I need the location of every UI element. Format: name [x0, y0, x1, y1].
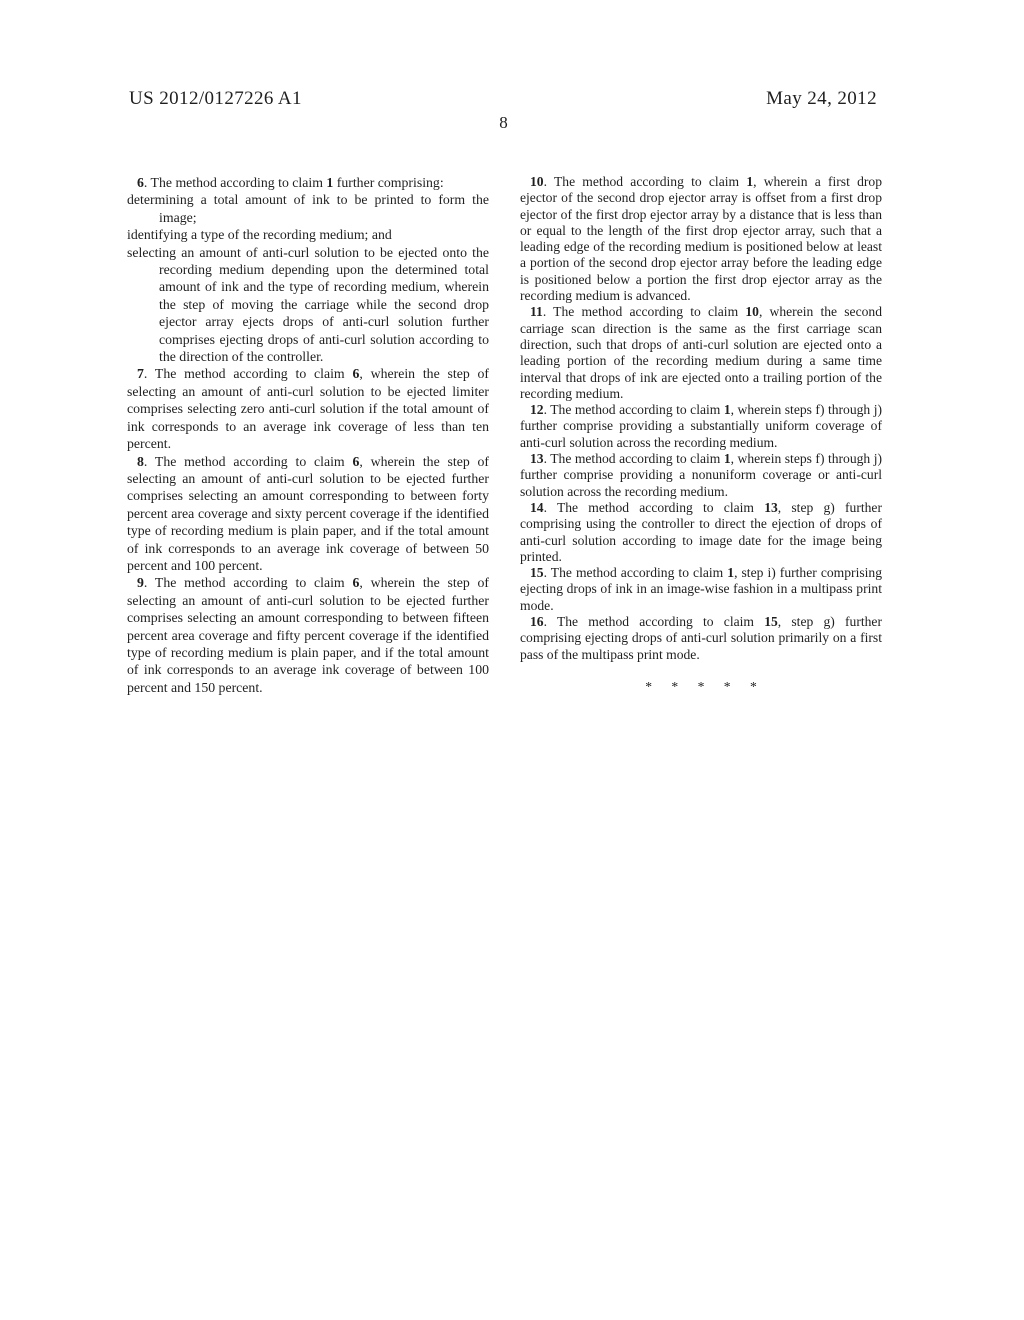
claim-6-paragraph: identifying a type of the recording medi… [127, 226, 489, 243]
claim-text: . The method according to claim [544, 451, 724, 466]
claim-text: . The method according to claim [544, 500, 765, 515]
claim-text: determining a total amount of ink to be … [127, 192, 489, 224]
claim-number-bold: 11 [530, 304, 543, 319]
claim-text: . The method according to claim [144, 175, 327, 190]
claim-number-bold: 15 [764, 614, 778, 629]
claim-16-paragraph: 16. The method according to claim 15, st… [520, 614, 882, 663]
claim-number-bold: 13 [764, 500, 778, 515]
claim-number-bold: 10 [530, 174, 544, 189]
claim-text: further comprising: [333, 175, 443, 190]
claim-number-bold: 9 [137, 575, 144, 590]
claim-number-bold: 12 [530, 402, 544, 417]
claim-number-bold: 10 [745, 304, 759, 319]
claim-9-paragraph: 9. The method according to claim 6, wher… [127, 574, 489, 696]
claim-text: identifying a type of the recording medi… [127, 227, 392, 242]
claim-6-paragraph: selecting an amount of anti-curl solutio… [127, 244, 489, 366]
patent-publication-number: US 2012/0127226 A1 [129, 88, 302, 110]
claim-text: . The method according to claim [543, 304, 746, 319]
claim-11-paragraph: 11. The method according to claim 10, wh… [520, 304, 882, 402]
patent-document-page: US 2012/0127226 A1 May 24, 2012 8 6. The… [0, 0, 1024, 1320]
claim-number-bold: 1 [724, 451, 731, 466]
claim-number-bold: 15 [530, 565, 544, 580]
claim-text: selecting an amount of anti-curl solutio… [127, 245, 489, 364]
claim-number-bold: 7 [137, 366, 144, 381]
page-number: 8 [130, 113, 877, 133]
claim-text: . The method according to claim [544, 565, 728, 580]
claim-text: . The method according to claim [144, 575, 353, 590]
claim-number-bold: 14 [530, 500, 544, 515]
claim-text: , wherein a first drop ejector of the se… [520, 174, 882, 303]
claim-6-paragraph: 6. The method according to claim 1 furth… [127, 174, 489, 191]
claim-10-paragraph: 10. The method according to claim 1, whe… [520, 174, 882, 304]
claim-13-paragraph: 13. The method according to claim 1, whe… [520, 451, 882, 500]
claim-12-paragraph: 12. The method according to claim 1, whe… [520, 402, 882, 451]
claim-number-bold: 1 [724, 402, 731, 417]
claim-number-bold: 16 [530, 614, 544, 629]
claim-15-paragraph: 15. The method according to claim 1, ste… [520, 565, 882, 614]
claim-text: . The method according to claim [544, 614, 765, 629]
publication-date: May 24, 2012 [766, 88, 877, 110]
claim-14-paragraph: 14. The method according to claim 13, st… [520, 500, 882, 565]
claim-text: , wherein the step of selecting an amoun… [127, 575, 489, 694]
claim-text: . The method according to claim [544, 402, 724, 417]
claim-number-bold: 13 [530, 451, 544, 466]
claim-number-bold: 6 [137, 175, 144, 190]
claim-text: , wherein the step of selecting an amoun… [127, 454, 489, 573]
claim-text: . The method according to claim [144, 454, 353, 469]
claim-6-paragraph: determining a total amount of ink to be … [127, 191, 489, 226]
claims-column-right: 10. The method according to claim 1, whe… [520, 174, 882, 695]
claims-column-left: 6. The method according to claim 1 furth… [127, 174, 489, 696]
claims-end-marker: * * * * * [520, 679, 882, 695]
claim-8-paragraph: 8. The method according to claim 6, wher… [127, 453, 489, 575]
claim-text: . The method according to claim [144, 366, 353, 381]
claim-text: . The method according to claim [544, 174, 747, 189]
claim-7-paragraph: 7. The method according to claim 6, wher… [127, 365, 489, 452]
claim-number-bold: 8 [137, 454, 144, 469]
